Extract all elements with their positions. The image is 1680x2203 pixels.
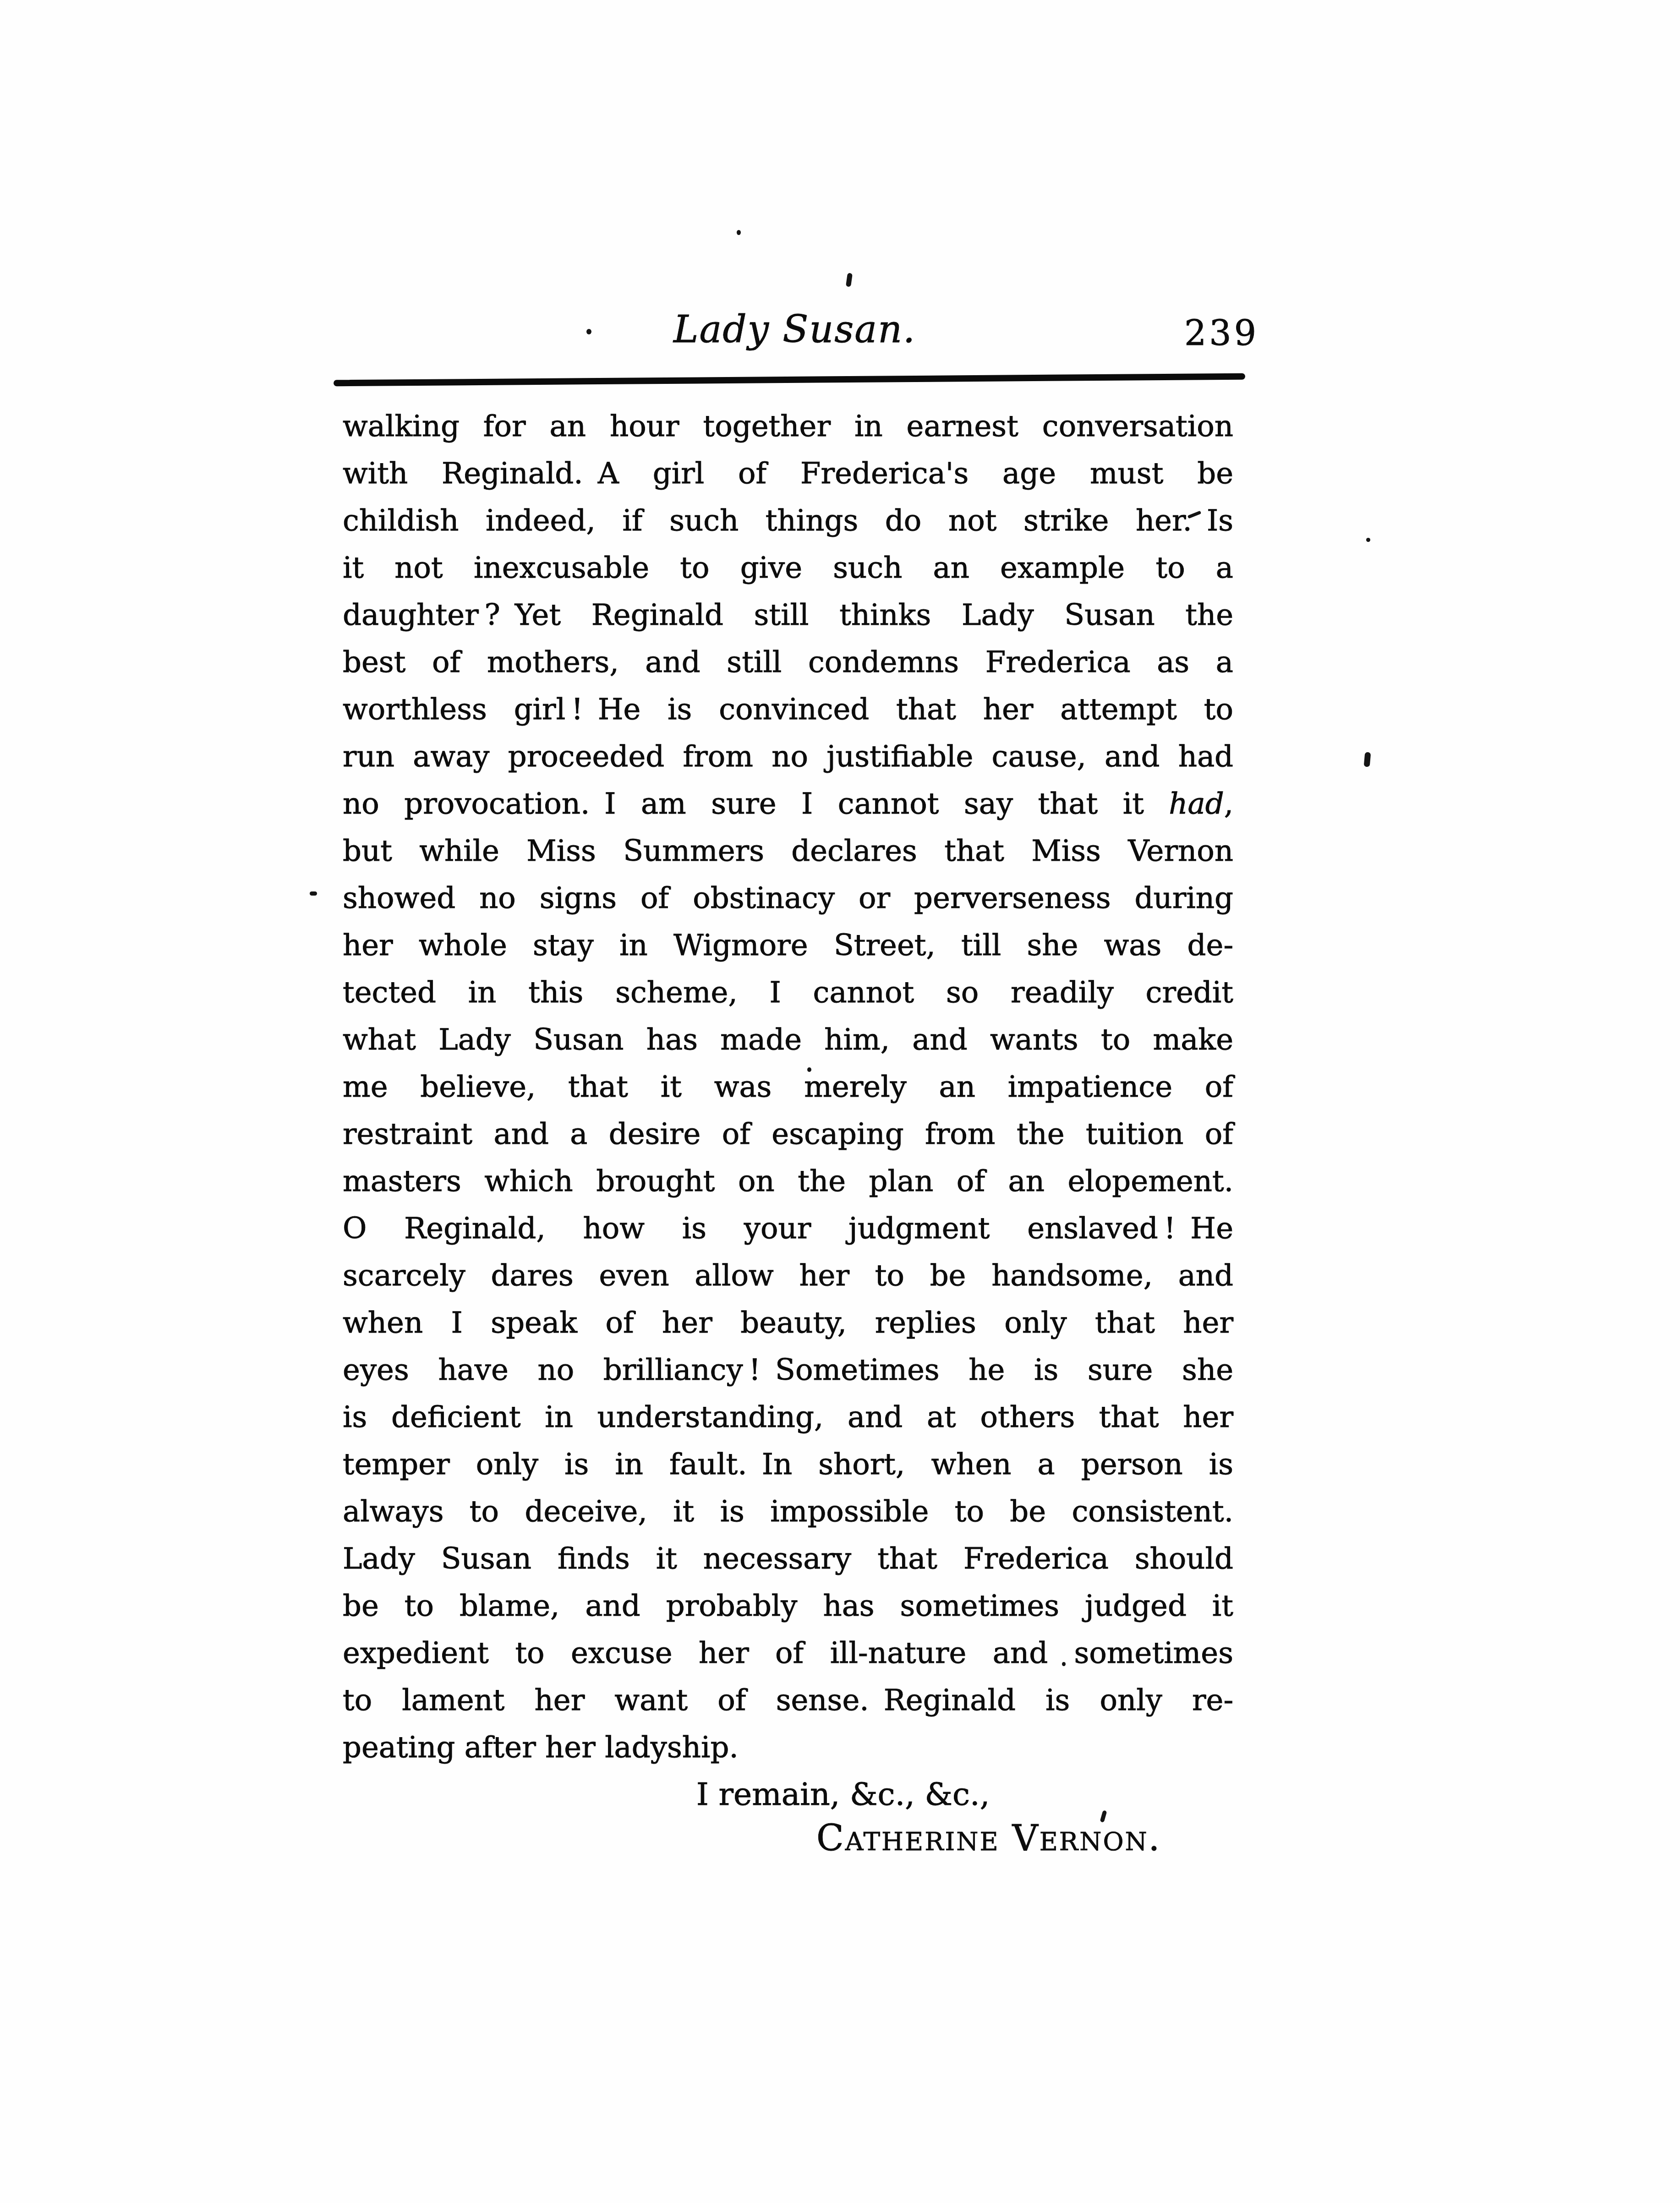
body-line: temper only is in fault. In short, when … [343,1441,1233,1488]
scan-artifact [1366,538,1370,542]
body-line: tected in this scheme, I cannot so readi… [343,969,1233,1017]
body-line: her whole stay in Wigmore Street, till s… [343,922,1233,969]
scan-artifact [586,329,591,334]
body-line: no provocation. I am sure I cannot say t… [343,781,1233,828]
body-line: to lament her want of sense. Reginald is… [343,1677,1233,1724]
body-line: when I speak of her beauty, replies only… [343,1300,1233,1347]
scan-artifact [1062,1662,1066,1666]
body-line: is deficient in understanding, and at ot… [343,1394,1233,1441]
body-line: me believe, that it was merely an impati… [343,1064,1233,1111]
body-line: worthless girl ! He is convinced that he… [343,686,1233,733]
body-line: expedient to excuse her of ill-nature an… [343,1630,1233,1677]
body-line: peating after her ladyship. [343,1724,1233,1771]
body-line: childish indeed, if such things do not s… [343,497,1233,545]
scan-artifact [737,230,741,235]
body-line: what Lady Susan has made him, and wants … [343,1017,1233,1064]
body-line: be to blame, and probably has sometimes … [343,1583,1233,1630]
body-line: best of mothers, and still condemns Fred… [343,639,1233,686]
header-rule [334,373,1245,387]
body-line: masters which brought on the plan of an … [343,1158,1233,1205]
valediction: I remain, &c., &c., [696,1777,990,1813]
body-line: run away proceeded from no justifiable c… [343,733,1233,781]
body-line: with Reginald. A girl of Frederica's age… [343,450,1233,497]
body-line: eyes have no brilliancy ! Sometimes he i… [343,1347,1233,1394]
letter-body: walking for an hour together in earnest … [343,403,1233,1771]
scan-artifact [1364,752,1371,767]
scan-artifact [310,891,317,896]
body-line: restraint and a desire of escaping from … [343,1111,1233,1158]
body-line: daughter ? Yet Reginald still thinks Lad… [343,592,1233,639]
body-line: scarcely dares even allow her to be hand… [343,1252,1233,1300]
page-number: 239 [1184,312,1259,353]
body-line: walking for an hour together in earnest … [343,403,1233,450]
body-line: O Reginald, how is your judgment enslave… [343,1205,1233,1252]
body-line: always to deceive, it is impossible to b… [343,1488,1233,1536]
scan-artifact [846,273,853,287]
body-line: Lady Susan finds it necessary that Frede… [343,1536,1233,1583]
body-line: showed no signs of obstinacy or perverse… [343,875,1233,922]
signature: Catherine Vernon. [816,1818,1161,1859]
body-line: it not inexcusable to give such an examp… [343,545,1233,592]
running-title: Lady Susan. [673,308,916,351]
body-line: but while Miss Summers declares that Mis… [343,828,1233,875]
book-page: Lady Susan. 239 walking for an hour toge… [0,0,1680,2203]
scan-artifact [807,1067,811,1072]
